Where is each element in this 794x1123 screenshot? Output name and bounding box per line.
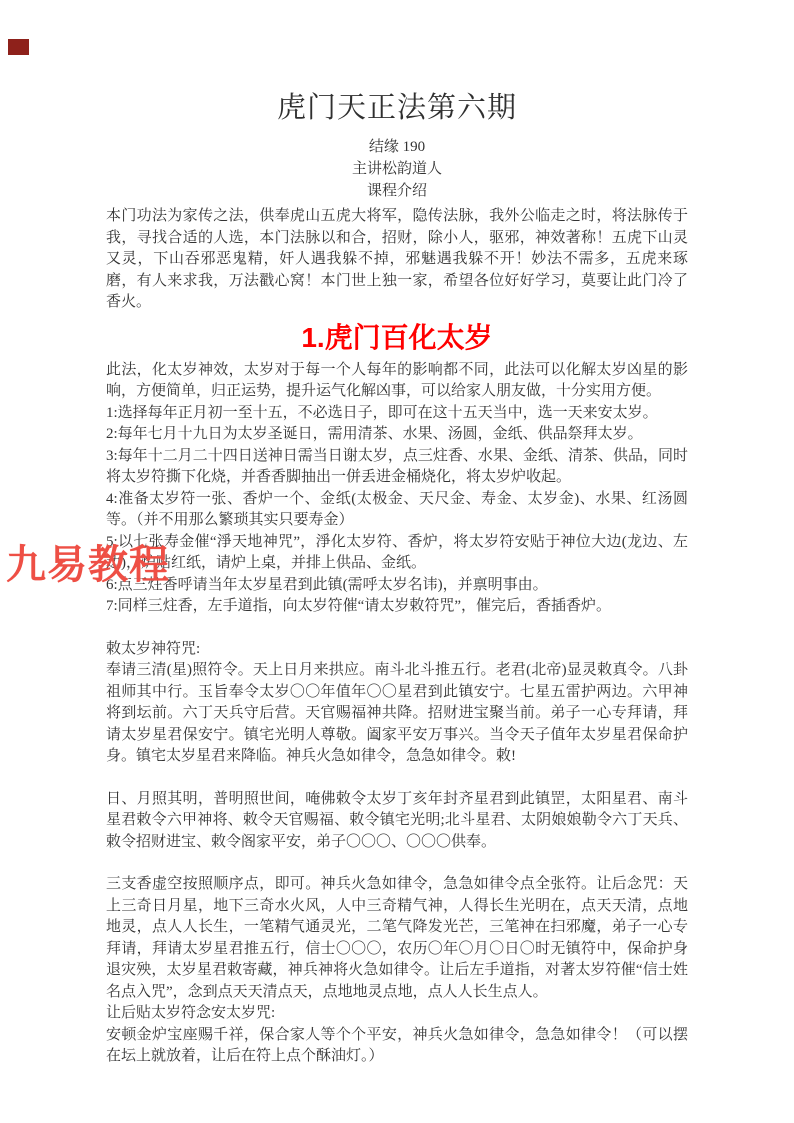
step-item-7: 7:同样三炷香，左手道指，向太岁符催“请太岁敕符咒”，催完后，香插香炉。: [106, 596, 688, 618]
step-item-1: 1:选择每年正月初一至十五，不必选日子，即可在这十五天当中，选一天来安太岁。: [106, 403, 688, 425]
document-page: 九易教程 虎门天正法第六期 结缘 190 主讲松韵道人 课程介绍 本门功法为家传…: [0, 0, 794, 1123]
paste-instruction-line: 让后贴太岁符念安太岁咒:: [106, 1003, 688, 1025]
spacer: [106, 618, 688, 639]
intro-paragraph: 本门功法为家传之法，供奉虎山五虎大将军，隐传法脉，我外公临走之时，将法脉传于我，…: [106, 206, 688, 314]
corner-mark: [8, 39, 29, 55]
closing-paragraph: 安顿金炉宝座赐千祥，保合家人等个个平安，神兵火急如律令，急急如律令！（可以摆在坛…: [106, 1025, 688, 1068]
section-heading: 1.虎门百化太岁: [106, 320, 688, 356]
spell-title: 敕太岁神符咒:: [106, 639, 688, 661]
section-description: 此法，化太岁神效，太岁对于每一个人每年的影响都不同，此法可以化解太岁凶星的影响，…: [106, 360, 688, 403]
pointing-ritual-paragraph: 三支香虚空按照顺序点，即可。神兵火急如律令，急急如律令点全张符。让后念咒：天上三…: [106, 874, 688, 1003]
steps-list: 1:选择每年正月初一至十五，不必选日子，即可在这十五天当中，选一天来安太岁。 2…: [106, 403, 688, 618]
meta-line-edition: 结缘 190: [106, 136, 688, 158]
spell-seal-paragraph: 日、月照其明，普明照世间，唵佛敕令太岁丁亥年封齐星君到此镇罡，太阳星君、南斗星君…: [106, 789, 688, 854]
step-item-2: 2:每年七月十九日为太岁圣诞日，需用清茶、水果、汤圆，金纸、供品祭拜太岁。: [106, 424, 688, 446]
step-item-4: 4:准备太岁符一张、香炉一个、金纸(太极金、天尺金、寿金、太岁金)、水果、红汤圆…: [106, 489, 688, 532]
step-item-5: 5:以七张寿金催“淨天地神咒”，淨化太岁符、香炉，将太岁符安贴于神位大边(龙边、…: [106, 532, 688, 575]
document-content: 虎门天正法第六期 结缘 190 主讲松韵道人 课程介绍 本门功法为家传之法，供奉…: [106, 88, 688, 1068]
step-item-3: 3:每年十二月二十四日送神日需当日谢太岁，点三炷香、水果、金纸、清茶、供品，同时…: [106, 446, 688, 489]
page-title: 虎门天正法第六期: [106, 88, 688, 128]
meta-line-course-intro: 课程介绍: [106, 180, 688, 202]
step-item-6: 6:点三炷香呼请当年太岁星君到此镇(需呼太岁名讳)，并禀明事由。: [106, 575, 688, 597]
spacer: [106, 853, 688, 874]
meta-line-lecturer: 主讲松韵道人: [106, 158, 688, 180]
watermark: 九易教程: [6, 542, 170, 588]
spell-body-paragraph: 奉请三清(星)照符令。天上日月来拱应。南斗北斗推五行。老君(北帝)显灵敕真令。八…: [106, 660, 688, 768]
spacer: [106, 768, 688, 789]
